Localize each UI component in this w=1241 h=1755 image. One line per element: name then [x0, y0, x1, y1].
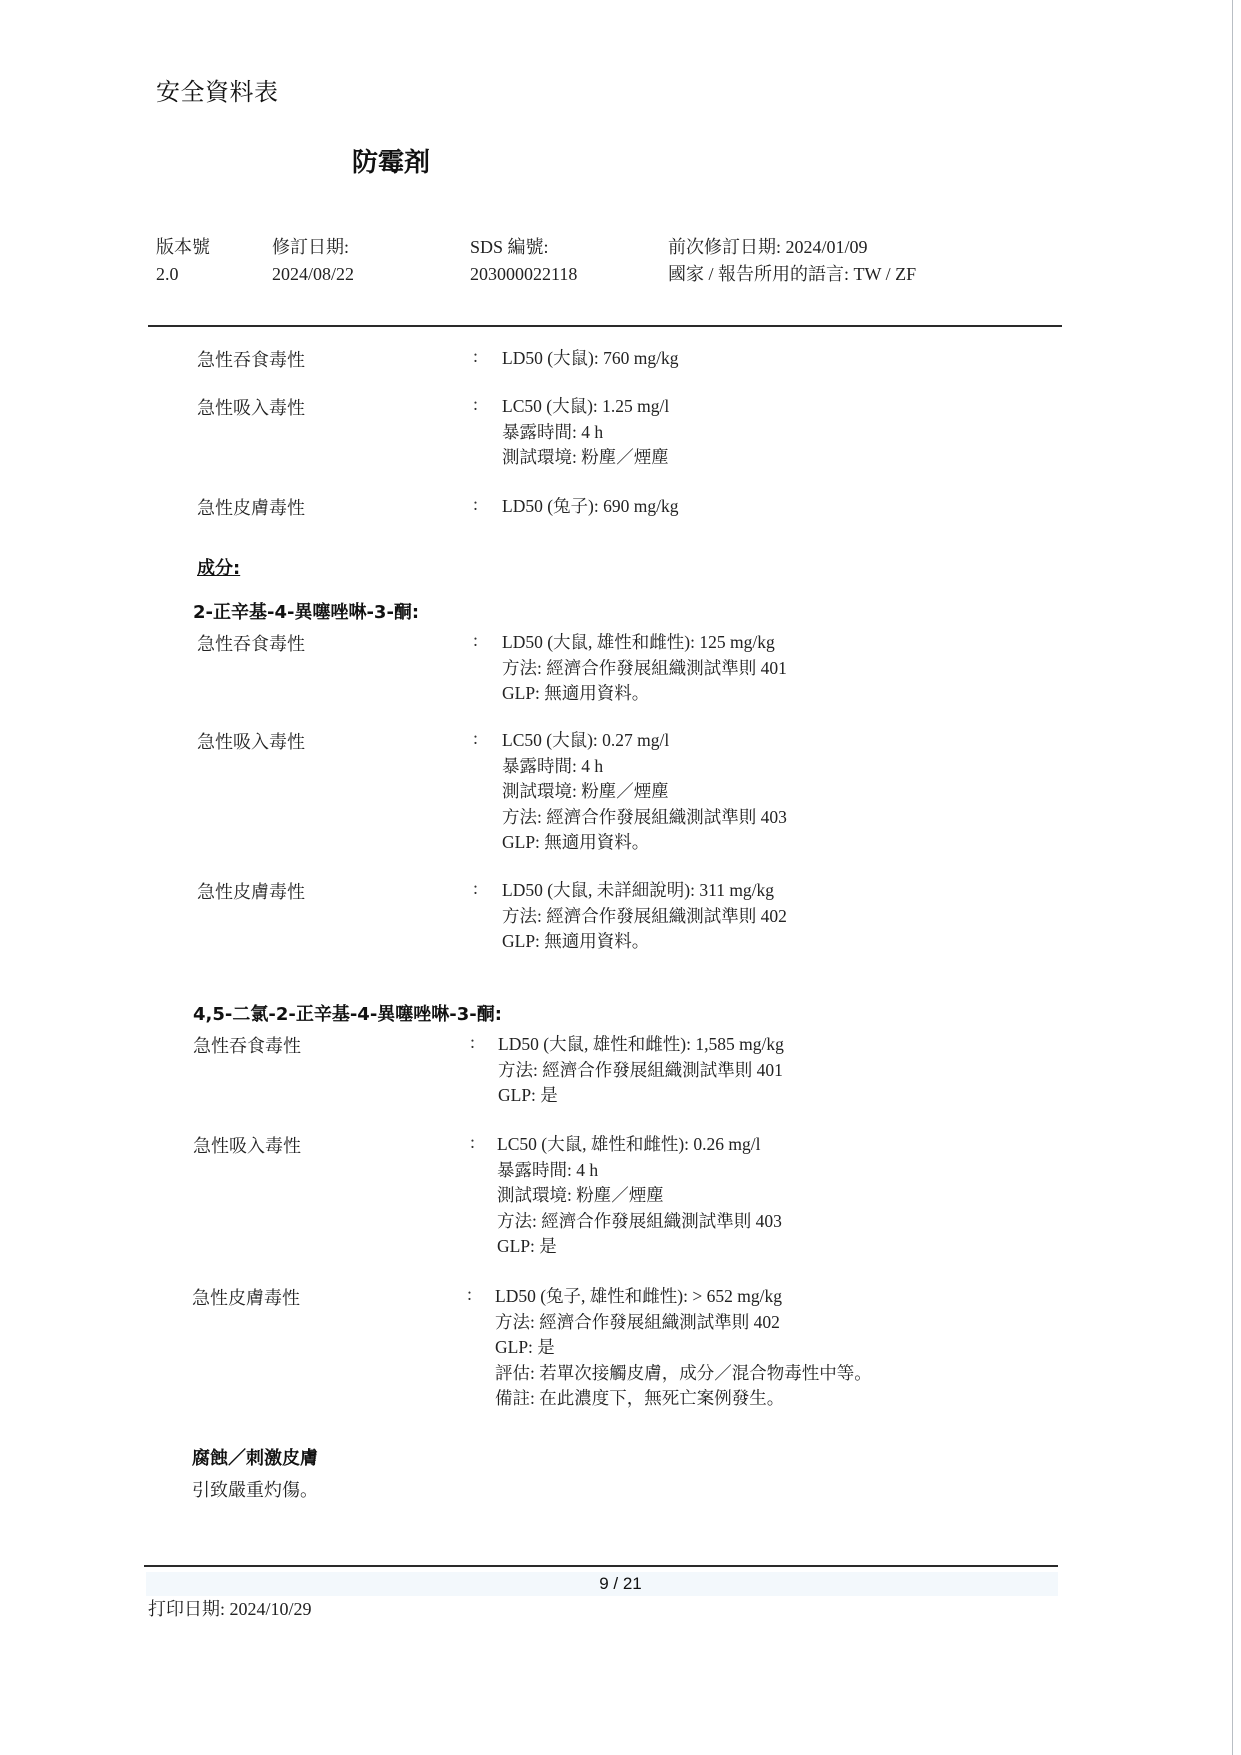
- value-line: 評估: 若單次接觸皮膚，成分／混合物毒性中等。: [495, 1361, 872, 1387]
- meta-value: 203000022118: [470, 261, 577, 288]
- component-name: 2-正辛基-4-異噻唑啉-3-酮:: [193, 598, 419, 624]
- value-line: GLP: 是: [498, 1083, 784, 1109]
- toxicity-label: 急性吞食毒性: [197, 630, 305, 656]
- colon-separator: :: [470, 1132, 475, 1153]
- value-line: 暴露時間: 4 h: [502, 754, 787, 780]
- page-edge: [1232, 0, 1233, 1755]
- meta-label: 修訂日期:: [272, 234, 354, 261]
- value-line: 方法: 經濟合作發展組織測試準則 403: [497, 1209, 782, 1235]
- toxicity-label: 急性吞食毒性: [193, 1032, 301, 1058]
- value-line: LD50 (大鼠, 未詳細說明): 311 mg/kg: [502, 878, 787, 904]
- toxicity-values: LD50 (大鼠): 760 mg/kg: [502, 346, 678, 372]
- document-type-title: 安全資料表: [156, 72, 279, 107]
- toxicity-values: LD50 (兔子, 雄性和雌性): > 652 mg/kg 方法: 經濟合作發展…: [495, 1284, 872, 1412]
- toxicity-label: 急性吸入毒性: [197, 394, 305, 420]
- toxicity-label: 急性皮膚毒性: [197, 878, 305, 904]
- skin-corrosion-text: 引致嚴重灼傷。: [192, 1476, 318, 1502]
- value-line: LC50 (大鼠): 0.27 mg/l: [502, 728, 787, 754]
- header-divider: [148, 325, 1062, 327]
- value-line: 測試環境: 粉塵／煙塵: [502, 779, 787, 805]
- colon-separator: :: [473, 346, 478, 367]
- value-line: 暴露時間: 4 h: [502, 420, 669, 446]
- toxicity-label: 急性吸入毒性: [197, 728, 305, 754]
- components-heading: 成分:: [197, 554, 240, 580]
- colon-separator: :: [473, 878, 478, 899]
- value-line: 方法: 經濟合作發展組織測試準則 401: [502, 656, 787, 682]
- colon-separator: :: [467, 1284, 472, 1305]
- toxicity-values: LD50 (大鼠, 雄性和雌性): 125 mg/kg 方法: 經濟合作發展組織…: [502, 630, 787, 707]
- value-line: LD50 (大鼠, 雄性和雌性): 1,585 mg/kg: [498, 1032, 784, 1058]
- page-number: 9 / 21: [0, 1574, 1241, 1594]
- component-name: 4,5-二氯-2-正辛基-4-異噻唑啉-3-酮:: [193, 1000, 502, 1026]
- meta-version: 版本號 2.0: [156, 234, 210, 288]
- value-line: GLP: 無適用資料。: [502, 830, 787, 856]
- colon-separator: :: [473, 728, 478, 749]
- product-name: 防霉剤: [352, 142, 430, 179]
- value-line: LC50 (大鼠): 1.25 mg/l: [502, 394, 669, 420]
- value-line: LD50 (大鼠, 雄性和雌性): 125 mg/kg: [502, 630, 787, 656]
- value-line: LC50 (大鼠, 雄性和雌性): 0.26 mg/l: [497, 1132, 782, 1158]
- colon-separator: :: [473, 494, 478, 515]
- value-line: 暴露時間: 4 h: [497, 1158, 782, 1184]
- meta-label: 版本號: [156, 234, 210, 261]
- value-line: 方法: 經濟合作發展組織測試準則 402: [495, 1310, 872, 1336]
- value-line: GLP: 無適用資料。: [502, 929, 787, 955]
- meta-value: 2.0: [156, 261, 210, 288]
- value-line: LD50 (兔子): 690 mg/kg: [502, 494, 678, 520]
- value-line: 備註: 在此濃度下，無死亡案例發生。: [495, 1386, 872, 1412]
- colon-separator: :: [473, 630, 478, 651]
- toxicity-label: 急性皮膚毒性: [192, 1284, 300, 1310]
- meta-revision-date: 修訂日期: 2024/08/22: [272, 234, 354, 288]
- meta-label: SDS 編號:: [470, 234, 577, 261]
- value-line: LD50 (兔子, 雄性和雌性): > 652 mg/kg: [495, 1284, 872, 1310]
- toxicity-values: LC50 (大鼠, 雄性和雌性): 0.26 mg/l 暴露時間: 4 h 測試…: [497, 1132, 782, 1260]
- meta-sds-number: SDS 編號: 203000022118: [470, 234, 577, 288]
- skin-corrosion-heading: 腐蝕／刺激皮膚: [192, 1444, 318, 1470]
- toxicity-label: 急性皮膚毒性: [197, 494, 305, 520]
- value-line: LD50 (大鼠): 760 mg/kg: [502, 346, 678, 372]
- toxicity-label: 急性吞食毒性: [197, 346, 305, 372]
- toxicity-values: LC50 (大鼠): 0.27 mg/l 暴露時間: 4 h 測試環境: 粉塵／…: [502, 728, 787, 856]
- toxicity-values: LD50 (大鼠, 未詳細說明): 311 mg/kg 方法: 經濟合作發展組織…: [502, 878, 787, 955]
- value-line: 方法: 經濟合作發展組織測試準則 402: [502, 904, 787, 930]
- value-line: 測試環境: 粉塵／煙塵: [502, 445, 669, 471]
- value-line: GLP: 是: [495, 1335, 872, 1361]
- value-line: GLP: 是: [497, 1234, 782, 1260]
- meta-value: 國家 / 報告所用的語言: TW / ZF: [668, 261, 916, 288]
- toxicity-values: LD50 (兔子): 690 mg/kg: [502, 494, 678, 520]
- value-line: 方法: 經濟合作發展組織測試準則 401: [498, 1058, 784, 1084]
- footer-divider: [144, 1565, 1058, 1567]
- value-line: 方法: 經濟合作發展組織測試準則 403: [502, 805, 787, 831]
- toxicity-values: LD50 (大鼠, 雄性和雌性): 1,585 mg/kg 方法: 經濟合作發展…: [498, 1032, 784, 1109]
- value-line: GLP: 無適用資料。: [502, 681, 787, 707]
- colon-separator: :: [473, 394, 478, 415]
- toxicity-label: 急性吸入毒性: [193, 1132, 301, 1158]
- meta-label: 前次修訂日期: 2024/01/09: [668, 234, 916, 261]
- toxicity-values: LC50 (大鼠): 1.25 mg/l 暴露時間: 4 h 測試環境: 粉塵／…: [502, 394, 669, 471]
- meta-value: 2024/08/22: [272, 261, 354, 288]
- print-date: 打印日期: 2024/10/29: [148, 1595, 312, 1621]
- meta-previous-revision-and-language: 前次修訂日期: 2024/01/09 國家 / 報告所用的語言: TW / ZF: [668, 234, 916, 288]
- value-line: 測試環境: 粉塵／煙塵: [497, 1183, 782, 1209]
- colon-separator: :: [470, 1032, 475, 1053]
